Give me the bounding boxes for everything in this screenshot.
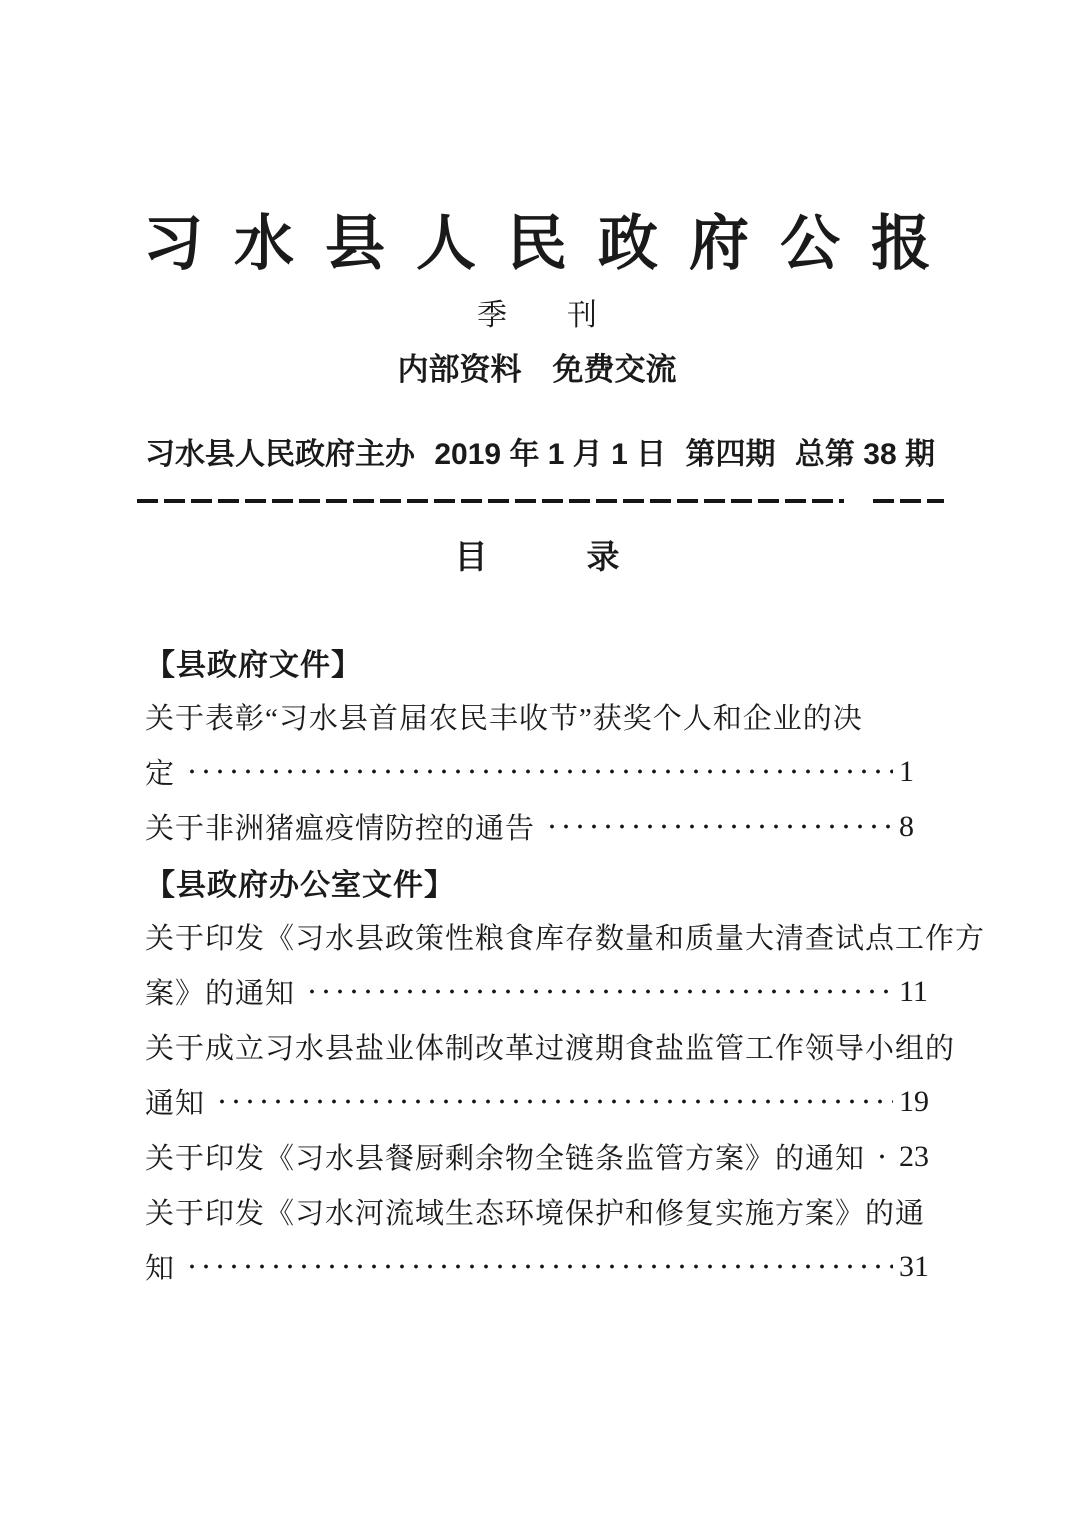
publisher-label: 习水县人民政府主办 xyxy=(145,429,415,473)
issue-number: 第四期 xyxy=(686,429,776,473)
toc-entry-text: 知 xyxy=(145,1246,175,1287)
toc-entry-text: 定 xyxy=(145,751,175,792)
page-number: 8 xyxy=(899,810,935,844)
gazette-cover-page: 习水县人民政府公报 季 刊 内部资料 免费交流 习水县人民政府主办 2019 年… xyxy=(0,0,1074,1520)
toc-entry-text: 关于印发《习水县政策性粮食库存数量和质量大清查试点工作方 xyxy=(145,916,985,957)
dot-leader xyxy=(305,964,893,1019)
toc-section-header: 【县政府办公室文件】 xyxy=(145,854,935,909)
toc-section-header: 【县政府文件】 xyxy=(145,634,935,689)
page-number: 19 xyxy=(899,1085,935,1119)
toc-entry-line: 知 31 xyxy=(145,1239,935,1294)
dot-leader xyxy=(215,1074,893,1129)
toc-entry-line: 关于非洲猪瘟疫情防控的通告 8 xyxy=(145,799,935,854)
toc-entry-text: 通知 xyxy=(145,1081,205,1122)
dashed-divider xyxy=(137,498,944,503)
toc-entry-line: 关于表彰“习水县首届农民丰收节”获奖个人和企业的决 xyxy=(145,689,935,744)
toc-entry-line: 关于印发《习水县政策性粮食库存数量和质量大清查试点工作方 xyxy=(145,909,935,964)
toc-entry-text: 关于印发《习水县餐厨剩余物全链条监管方案》的通知 xyxy=(145,1136,865,1177)
toc-entry-line: 关于印发《习水县餐厨剩余物全链条监管方案》的通知 23 xyxy=(145,1129,935,1184)
dot-leader xyxy=(545,799,893,854)
page-title: 习水县人民政府公报 xyxy=(0,196,1074,282)
toc-entry-line: 关于印发《习水河流域生态环境保护和修复实施方案》的通 xyxy=(145,1184,935,1239)
toc-entry-line: 定 1 xyxy=(145,744,935,799)
toc-entry-text: 关于成立习水县盐业体制改革过渡期食盐监管工作领导小组的 xyxy=(145,1026,955,1067)
dot-leader xyxy=(185,1239,893,1294)
cumulative-issue-number: 总第 38 期 xyxy=(795,429,935,473)
toc-entry-line: 案》的通知 11 xyxy=(145,964,935,1019)
toc-entry-text: 关于表彰“习水县首届农民丰收节”获奖个人和企业的决 xyxy=(145,696,863,737)
issue-type-label: 季 刊 xyxy=(0,290,1074,334)
page-number: 11 xyxy=(899,975,935,1009)
dot-leader xyxy=(875,1129,893,1184)
toc-title: 目 录 xyxy=(0,531,1074,578)
table-of-contents: 【县政府文件】 关于表彰“习水县首届农民丰收节”获奖个人和企业的决 定 1 关于… xyxy=(145,634,935,1294)
dash-segment-short xyxy=(873,499,944,503)
dot-leader xyxy=(185,744,893,799)
publication-info-row: 习水县人民政府主办 2019 年 1 月 1 日 第四期 总第 38 期 xyxy=(145,429,935,473)
distribution-notice: 内部资料 免费交流 xyxy=(0,344,1074,389)
toc-entry-text: 关于印发《习水河流域生态环境保护和修复实施方案》的通 xyxy=(145,1191,925,1232)
toc-entry-line: 通知 19 xyxy=(145,1074,935,1129)
dash-segment-long xyxy=(137,499,844,503)
page-number: 31 xyxy=(899,1250,935,1284)
page-number: 1 xyxy=(899,755,935,789)
toc-entry-text: 关于非洲猪瘟疫情防控的通告 xyxy=(145,806,535,847)
toc-entry-text: 案》的通知 xyxy=(145,971,295,1012)
toc-entry-line: 关于成立习水县盐业体制改革过渡期食盐监管工作领导小组的 xyxy=(145,1019,935,1074)
page-number: 23 xyxy=(899,1140,935,1174)
publish-date: 2019 年 1 月 1 日 xyxy=(434,429,666,473)
